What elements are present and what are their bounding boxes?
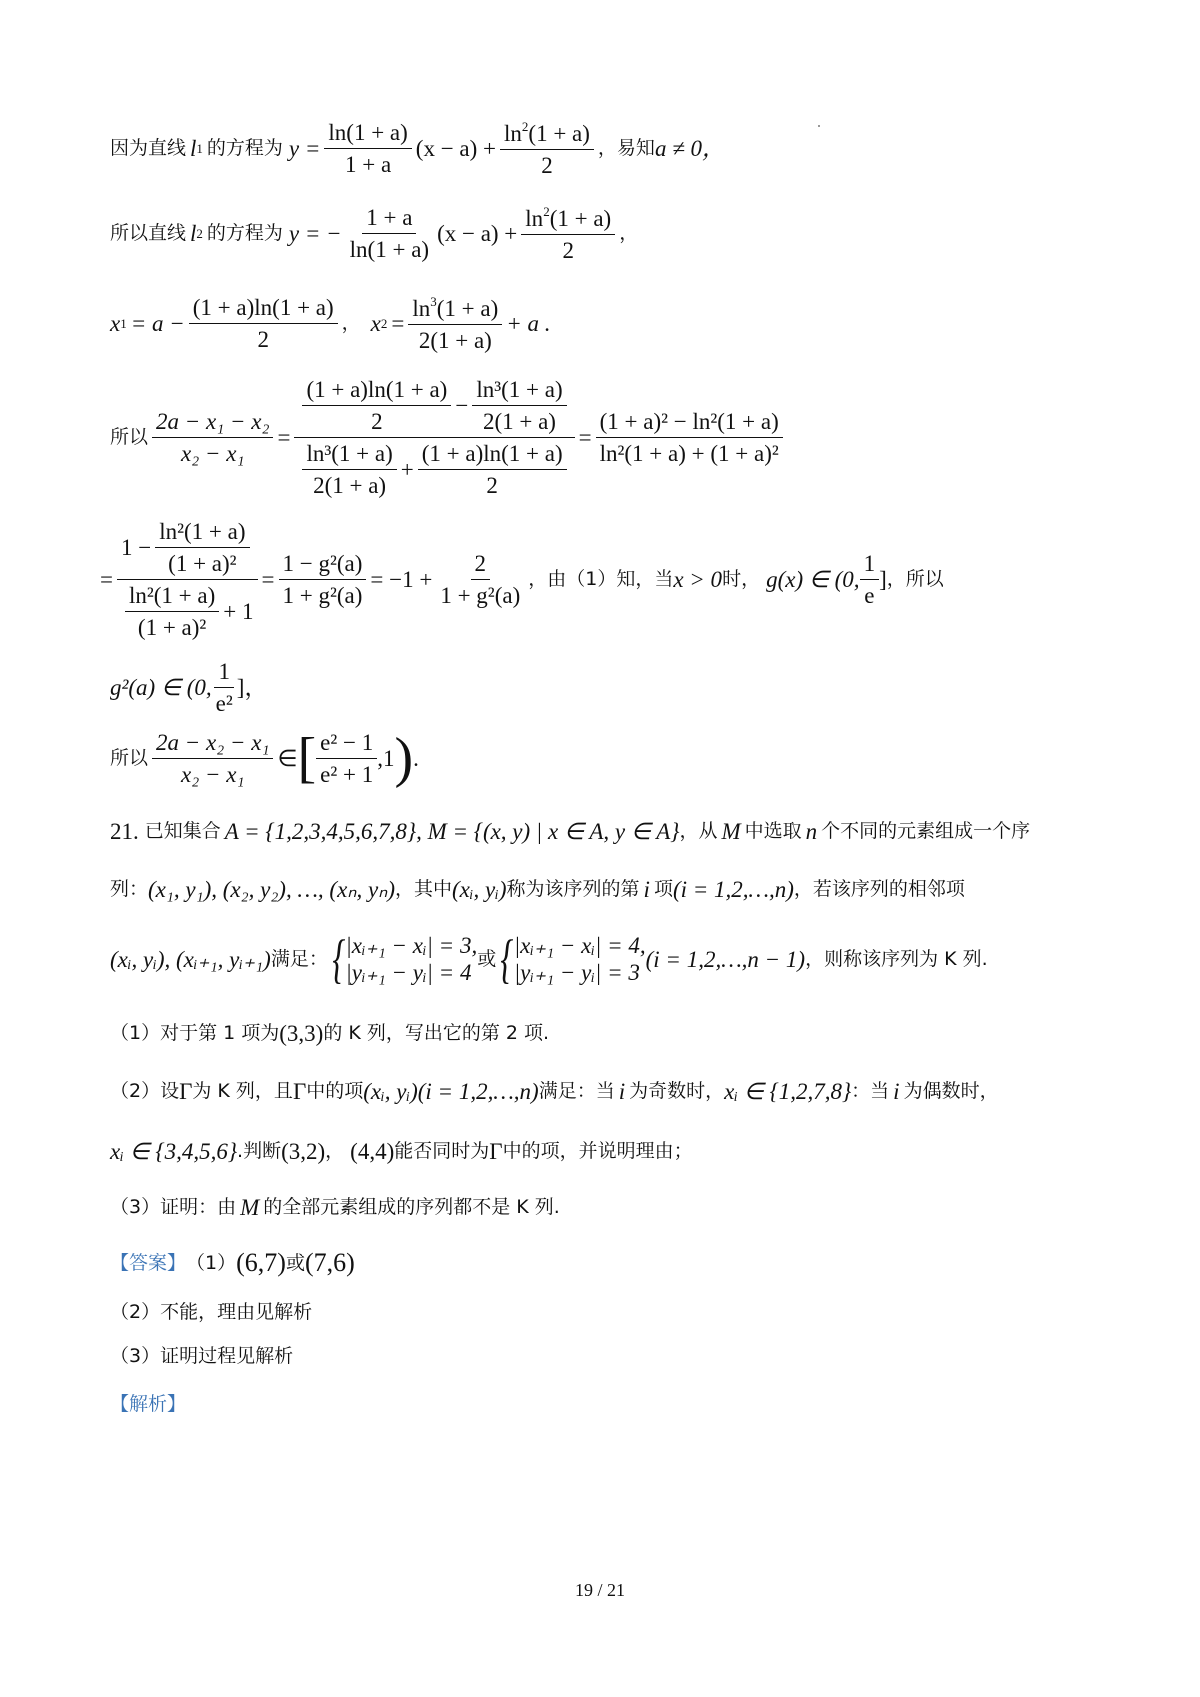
case-row: |yᵢ₊₁ − yᵢ| = 3 [514, 961, 646, 984]
problem-21-line1: 21. 已知集合 A = {1,2,3,4,5,6,7,8}, M = {(x,… [110, 820, 1030, 843]
numerator: ln3(1 + a) [408, 295, 502, 325]
text: 满足：当 [539, 1082, 615, 1101]
math: A = {1,2,3,4,5,6,7,8}, M = {(x, y) | x ∈… [225, 820, 680, 843]
denominator: ln³(1 + a) 2(1 + a) + (1 + a)ln(1 + a) 2 [294, 438, 574, 497]
math-var: M [721, 820, 740, 843]
math: xᵢ ∈ {3,4,5,6} [110, 1140, 237, 1163]
case-rows: |xᵢ₊₁ − xᵢ| = 3, |yᵢ₊₁ − yᵢ| = 4 [345, 934, 477, 984]
fraction: ln²(1 + a) (1 + a)² [155, 520, 249, 575]
text: 列： [110, 880, 148, 899]
math-var: i [644, 878, 650, 901]
question-3: （3）证明：由 M 的全部元素组成的序列都不是 K 列. [110, 1196, 560, 1219]
math: (xᵢ, yᵢ) [452, 878, 507, 901]
numerator: ln2(1 + a) [500, 120, 594, 150]
math: (4,4) [350, 1140, 394, 1163]
denominator: ln²(1 + a) (1 + a)² + 1 [117, 580, 258, 639]
text: （2）不能，理由见解析 [110, 1303, 312, 1322]
math: + 1 [223, 600, 253, 623]
math-var: n [806, 820, 818, 843]
math: xᵢ ∈ {1,2,7,8} [724, 1080, 851, 1103]
denominator: x₂ − x₁ [177, 438, 248, 465]
math: = a − [131, 312, 185, 335]
text: （2）设 [110, 1082, 179, 1101]
text: （1） [186, 1254, 236, 1273]
numerator: (1 + a)² − ln²(1 + a) [596, 410, 783, 438]
math: (x − a) + [416, 137, 496, 160]
numerator: 1 [214, 660, 234, 688]
text: ，由（1）知，当 [528, 570, 673, 589]
answer-2: （2）不能，理由见解析 [110, 1303, 312, 1322]
left-bracket: [ [298, 730, 317, 786]
arg: (1 + a) [528, 121, 590, 146]
math-var: Γ [293, 1080, 306, 1103]
text: ，所以 [887, 570, 944, 589]
math-var: i [619, 1080, 625, 1103]
denominator: ln²(1 + a) + (1 + a)² [596, 438, 783, 465]
text: 所以 [110, 428, 148, 447]
text: 所以 [110, 749, 148, 768]
analysis-label: 【解析】 [110, 1395, 186, 1414]
text: 或 [477, 950, 496, 969]
problem-21-line3: (xᵢ, yᵢ), (xᵢ₊₁, yᵢ₊₁) 满足： { |xᵢ₊₁ − xᵢ|… [110, 932, 988, 986]
answer-3: （3）证明过程见解析 [110, 1347, 293, 1366]
fraction: (1 + a)ln(1 + a) 2 [302, 378, 451, 433]
left-brace: { [332, 932, 345, 986]
math: a ≠ 0， [655, 137, 725, 160]
math: g(x) ∈ (0, [766, 568, 859, 591]
numerator: ln³(1 + a) [302, 442, 396, 470]
line-g-simplification: = 1 − ln²(1 + a) (1 + a)² ln²(1 + a) (1 … [100, 520, 944, 639]
text: ， [619, 224, 638, 243]
text: ， [325, 1142, 344, 1161]
subscript: 1 [196, 142, 203, 155]
question-2-line1: （2）设 Γ 为 K 列，且 Γ 中的项 (xᵢ, yᵢ)(i = 1,2,…,… [110, 1080, 999, 1103]
math: (xᵢ, yᵢ)(i = 1,2,…,n) [363, 1080, 538, 1103]
fraction: ln2(1 + a) 2 [521, 205, 615, 262]
line-final-range: 所以 2a − x₂ − x₁ x₂ − x₁ ∈ [ e² − 1 e² + … [110, 730, 419, 786]
denominator: 1 + g²(a) [436, 580, 524, 607]
text: ， [342, 314, 361, 333]
denominator: 2(1 + a) [479, 406, 560, 433]
numerator: 1 [860, 552, 880, 580]
fraction: (1 + a)² − ln²(1 + a) ln²(1 + a) + (1 + … [596, 410, 783, 465]
denominator: 2 [537, 150, 557, 177]
numerator: 1 + a [362, 206, 416, 234]
right-paren: ) [395, 730, 414, 786]
case-row: |xᵢ₊₁ − xᵢ| = 3, [345, 934, 477, 957]
denominator: (1 + a)² [134, 612, 210, 639]
math: (3,3) [279, 1022, 323, 1045]
fraction: 1 e² [212, 660, 237, 715]
case-row: |xᵢ₊₁ − xᵢ| = 4, [514, 934, 646, 957]
fraction: 1 + a ln(1 + a) [346, 206, 433, 261]
text: 为奇数时， [629, 1082, 724, 1101]
line-g-squared-range: g²(a) ∈ (0, 1 e² ]， [110, 660, 267, 715]
numerator: 2 [471, 552, 491, 580]
operator: − [455, 394, 468, 417]
math: x > 0 [673, 568, 722, 591]
denominator: e² [212, 688, 237, 715]
numerator: 2a − x₁ − x₂ [152, 410, 273, 438]
case-system-1: { |xᵢ₊₁ − xᵢ| = 3, |yᵢ₊₁ − yᵢ| = 4 [328, 932, 477, 986]
numerator: ln2(1 + a) [521, 205, 615, 235]
analysis-heading: 【解析】 [110, 1395, 186, 1414]
text: ，易知 [598, 139, 655, 158]
math-var: Γ [489, 1140, 502, 1163]
text: 的方程为 [207, 224, 283, 243]
text: ：当 [851, 1082, 889, 1101]
text: 称为该序列的第 [507, 880, 640, 899]
math-var: i [893, 1080, 899, 1103]
question-2-line2: xᵢ ∈ {3,4,5,6} .判断 (3,2) ， (4,4) 能否同时为 Γ… [110, 1140, 693, 1163]
text: 为偶数时， [904, 1082, 999, 1101]
denominator: 1 + g²(a) [279, 580, 367, 607]
denominator: ln(1 + a) [346, 234, 433, 261]
math: ] [879, 568, 887, 591]
math: = [262, 568, 275, 591]
math: = [579, 426, 592, 449]
math: (xᵢ, yᵢ), (xᵢ₊₁, yᵢ₊₁) [110, 948, 271, 971]
text: 满足： [271, 950, 328, 969]
fraction: ln2(1 + a) 2 [500, 120, 594, 177]
subscript: 2 [381, 317, 388, 330]
numerator: 1 − g²(a) [279, 552, 367, 580]
line-x1-x2: x1 = a − (1 + a)ln(1 + a) 2 ， x2 = ln3(1… [110, 295, 551, 352]
arg: (1 + a) [437, 296, 499, 321]
text: 中选取 [745, 822, 802, 841]
case-rows: |xᵢ₊₁ − xᵢ| = 4, |yᵢ₊₁ − yᵢ| = 3 [514, 934, 646, 984]
numerator: ln²(1 + a) [125, 584, 219, 612]
fraction: 1 e [860, 552, 880, 607]
math: (6,7) [236, 1250, 286, 1276]
math-var: M [240, 1196, 259, 1219]
fraction: ln³(1 + a) 2(1 + a) [302, 442, 396, 497]
page-number: 19 / 21 [0, 1580, 1200, 1601]
text: 时， [722, 570, 760, 589]
numerator: (1 + a)ln(1 + a) [418, 442, 567, 470]
math: . [413, 747, 419, 770]
text: 个不同的元素组成一个序 [821, 822, 1030, 841]
ln: ln [504, 121, 522, 146]
math: ∈ [277, 747, 297, 770]
text: 为 K 列，且 [192, 1082, 293, 1101]
left-brace: { [501, 932, 514, 986]
math: + a . [506, 312, 550, 335]
text: 中的项，并说明理由； [503, 1142, 693, 1161]
numerator: (1 + a)ln(1 + a) 2 − ln³(1 + a) 2(1 + a) [294, 378, 574, 438]
line-l1-equation: 因为直线 l1 的方程为 y = ln(1 + a) 1 + a (x − a)… [110, 120, 725, 177]
math: = −1 + [370, 568, 432, 591]
problem-21-line2: 列： (x₁, y₁), (x₂, y₂), …, (xₙ, yₙ) ，其中 (… [110, 878, 965, 901]
text: （3）证明过程见解析 [110, 1347, 293, 1366]
operator: + [401, 458, 414, 481]
text: ，其中 [395, 880, 452, 899]
math: g²(a) ∈ (0, [110, 676, 212, 699]
fraction: ln³(1 + a) 2(1 + a) [472, 378, 566, 433]
answer-label: 【答案】 [110, 1254, 186, 1273]
text: ，则称该序列为 K 列. [805, 950, 988, 969]
case-row: |yᵢ₊₁ − yᵢ| = 4 [345, 961, 477, 984]
text: 已知集合 [145, 822, 221, 841]
math-var: x [371, 312, 381, 335]
math: = [391, 312, 404, 335]
text: .判断 [237, 1142, 281, 1161]
answer-1: 【答案】 （1） (6,7) 或 (7,6) [110, 1250, 355, 1276]
numerator: ln³(1 + a) [472, 378, 566, 406]
denominator: 2(1 + a) [309, 470, 390, 497]
problem-number: 21. [110, 820, 139, 843]
math: ,1 [377, 747, 394, 770]
denominator: 1 + a [341, 149, 395, 176]
numerator: (1 + a)ln(1 + a) [302, 378, 451, 406]
denominator: e [860, 580, 878, 607]
compound-fraction: 1 − ln²(1 + a) (1 + a)² ln²(1 + a) (1 + … [117, 520, 258, 639]
denominator: e² + 1 [316, 759, 377, 786]
numerator: ln(1 + a) [324, 121, 411, 149]
fraction: e² − 1 e² + 1 [316, 731, 377, 786]
math: y = − [289, 222, 342, 245]
denominator: 2 [253, 324, 273, 351]
denominator: 2(1 + a) [415, 325, 496, 352]
fraction: 2 1 + g²(a) [436, 552, 524, 607]
fraction: ln²(1 + a) (1 + a)² [125, 584, 219, 639]
math-var: Γ [179, 1080, 192, 1103]
denominator: 2 [367, 406, 387, 433]
math: (7,6) [305, 1250, 355, 1276]
text: 项 [654, 880, 673, 899]
numerator: 1 − ln²(1 + a) (1 + a)² [117, 520, 258, 580]
document-page: 因为直线 l1 的方程为 y = ln(1 + a) 1 + a (x − a)… [0, 0, 1200, 1697]
line-ratio-expansion: 所以 2a − x₁ − x₂ x₂ − x₁ = (1 + a)ln(1 + … [110, 378, 787, 497]
fraction: (1 + a)ln(1 + a) 2 [418, 442, 567, 497]
case-system-2: { |xᵢ₊₁ − xᵢ| = 4, |yᵢ₊₁ − yᵢ| = 3 [496, 932, 645, 986]
denominator: x₂ − x₁ [177, 759, 248, 786]
numerator: 2a − x₂ − x₁ [152, 731, 273, 759]
math: y = [289, 137, 320, 160]
text: （1）对于第 1 项为 [110, 1024, 279, 1043]
fraction: ln(1 + a) 1 + a [324, 121, 411, 176]
denominator: (1 + a)² [164, 548, 240, 575]
math: (x₁, y₁), (x₂, y₂), …, (xₙ, yₙ) [148, 878, 395, 901]
numerator: e² − 1 [316, 731, 377, 759]
math: (x − a) + [437, 222, 517, 245]
numerator: ln²(1 + a) [155, 520, 249, 548]
line-l2-equation: 所以直线 l2 的方程为 y = − 1 + a ln(1 + a) (x − … [110, 205, 638, 262]
fraction: 1 − g²(a) 1 + g²(a) [279, 552, 367, 607]
arg: (1 + a) [550, 206, 612, 231]
text: 的 K 列，写出它的第 2 项. [323, 1024, 549, 1043]
text: 因为直线 [110, 139, 186, 158]
fraction: 2a − x₂ − x₁ x₂ − x₁ [152, 731, 273, 786]
compound-fraction: (1 + a)ln(1 + a) 2 − ln³(1 + a) 2(1 + a)… [294, 378, 574, 497]
text: 的全部元素组成的序列都不是 K 列. [263, 1198, 560, 1217]
fraction-lhs: 2a − x₁ − x₂ x₂ − x₁ [152, 410, 273, 465]
math: = [100, 568, 113, 591]
text: 的方程为 [207, 139, 283, 158]
math: (3,2) [281, 1140, 325, 1163]
math: (i = 1,2,…,n − 1) [646, 948, 805, 971]
math: = [277, 426, 290, 449]
numerator: (1 + a)ln(1 + a) [189, 296, 338, 324]
math: (i = 1,2,…,n) [673, 878, 794, 901]
fraction: (1 + a)ln(1 + a) 2 [189, 296, 338, 351]
ln: ln [412, 296, 430, 321]
ln: ln [525, 206, 543, 231]
scan-speck [818, 125, 820, 127]
subscript: 2 [196, 227, 203, 240]
text: 所以直线 [110, 224, 186, 243]
denominator: 2 [482, 470, 502, 497]
text: ，从 [679, 822, 717, 841]
text: 能否同时为 [394, 1142, 489, 1161]
text: ，若该序列的相邻项 [794, 880, 965, 899]
denominator: 2 [558, 235, 578, 262]
math-var: x [110, 312, 120, 335]
fraction: ln3(1 + a) 2(1 + a) [408, 295, 502, 352]
text: 中的项 [306, 1082, 363, 1101]
question-1: （1）对于第 1 项为 (3,3) 的 K 列，写出它的第 2 项. [110, 1022, 549, 1045]
subscript: 1 [120, 317, 127, 330]
text: （3）证明：由 [110, 1198, 236, 1217]
text: 或 [286, 1254, 305, 1273]
math: ]， [237, 676, 268, 699]
math: 1 − [121, 536, 151, 559]
